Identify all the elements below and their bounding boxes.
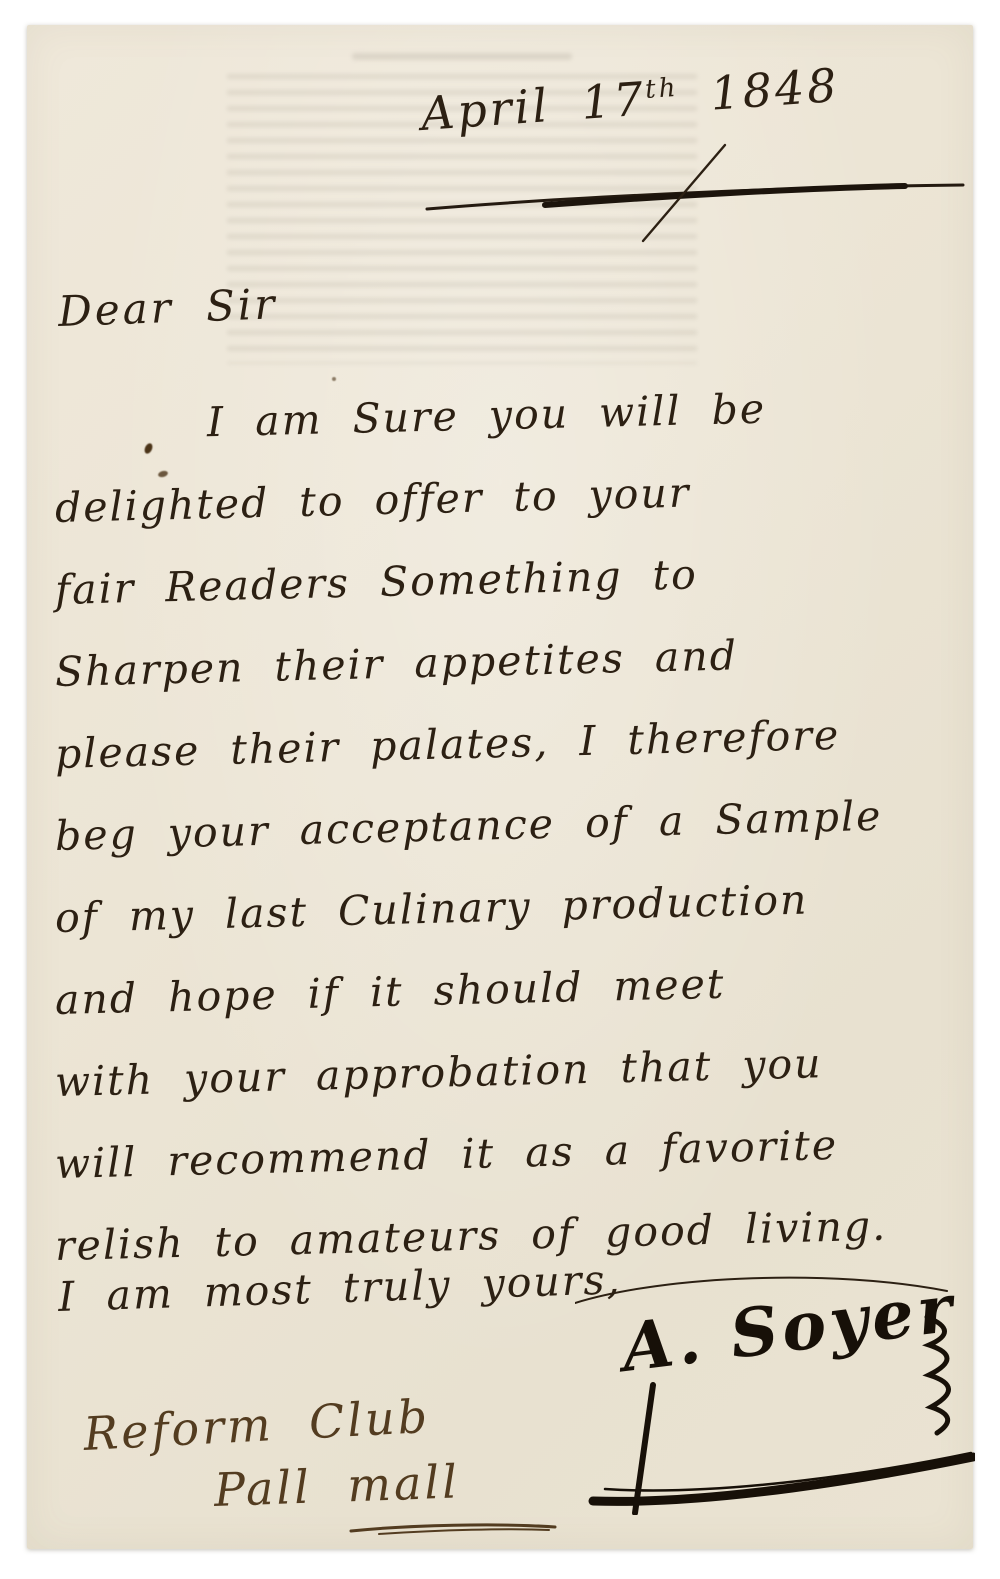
date-text: April 17 xyxy=(419,71,647,141)
date-line: April 17th 1848 xyxy=(419,58,841,141)
date-year: 1848 xyxy=(709,58,842,121)
signature-block: A. Soyer xyxy=(575,1265,975,1515)
address-underline-flourish xyxy=(349,1521,559,1537)
date-ordinal: th xyxy=(644,73,679,105)
letter-body: I am Sure you will be delighted to offer… xyxy=(55,385,955,1287)
scanned-letter-page: { "letter": { "date": { "prefix": "April… xyxy=(0,0,1000,1579)
letter-paper: April 17th 1848 Dear Sir I am Sure you w… xyxy=(27,25,973,1549)
date-underline-flourish xyxy=(425,143,970,243)
address-line-2: Pall mall xyxy=(213,1454,461,1517)
address-line-1: Reform Club xyxy=(82,1389,431,1461)
salutation: Dear Sir xyxy=(57,279,278,336)
